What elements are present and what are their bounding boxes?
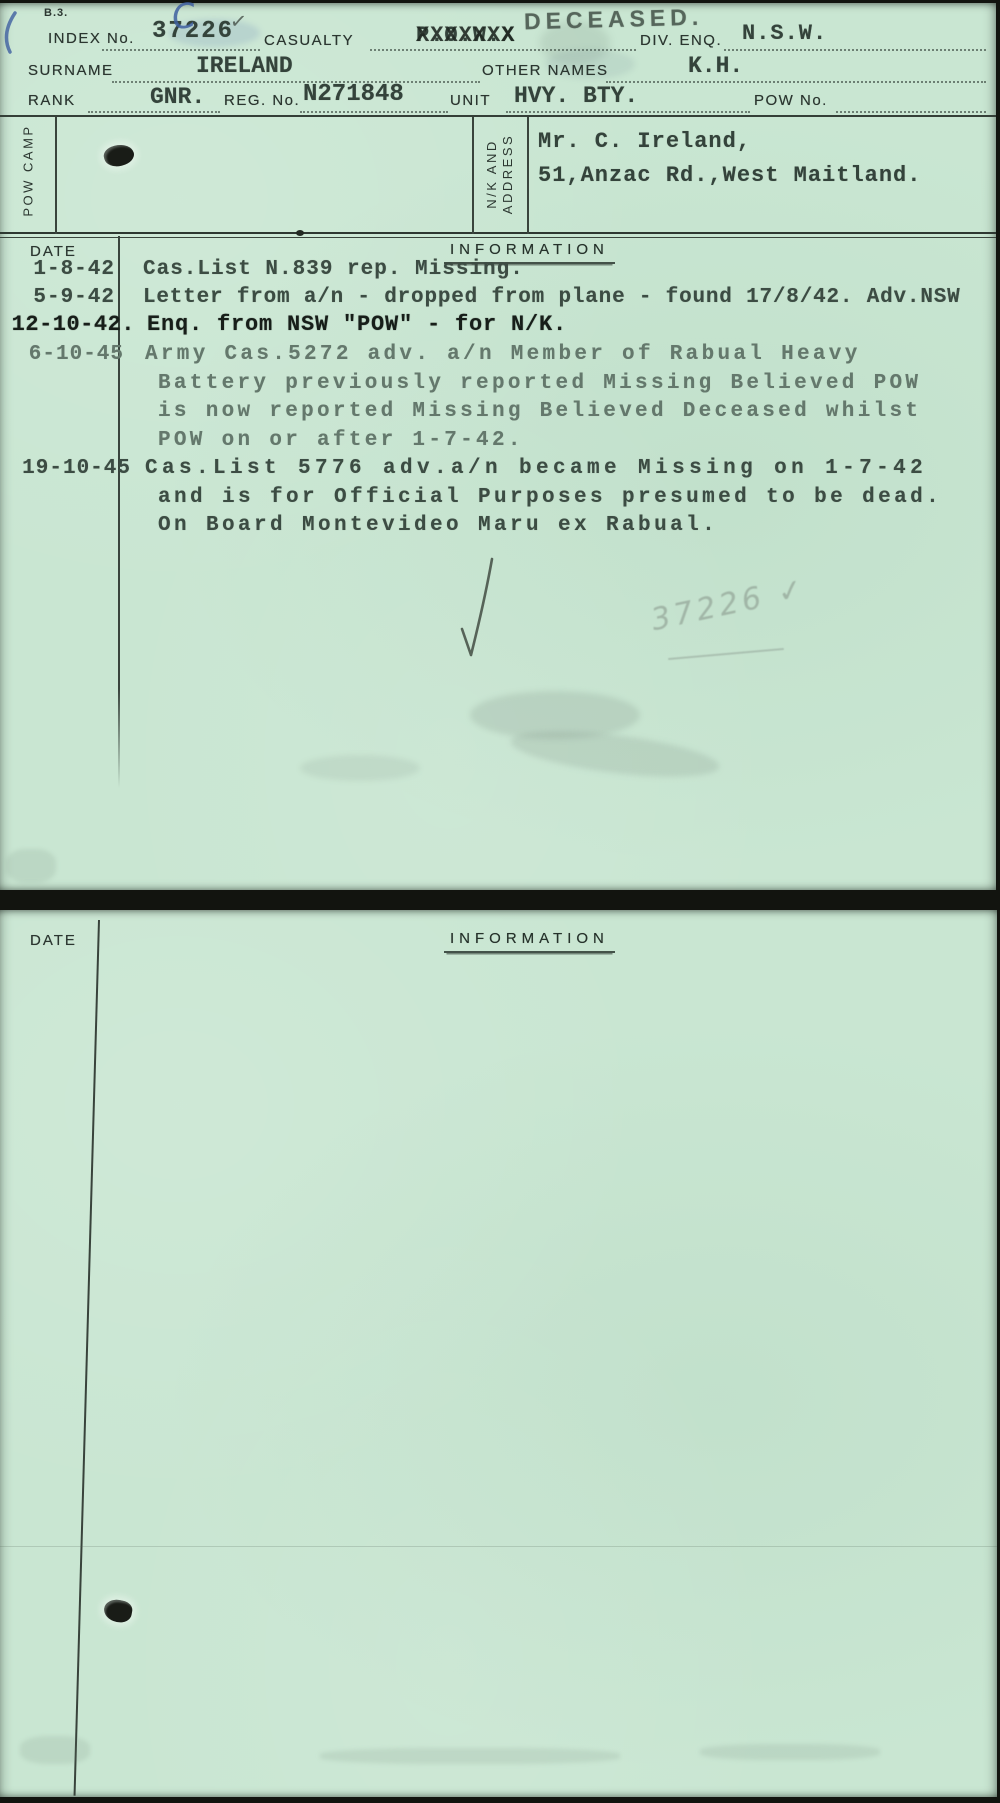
blue-pen-stroke — [0, 11, 22, 55]
div-enq-label: DIV. ENQ. — [640, 32, 722, 49]
ink-speck — [296, 230, 304, 236]
date-column-divider — [74, 920, 100, 1796]
entry-date: 6-10-45 — [29, 343, 124, 367]
nk-address-line2: 51,Anzac Rd.,West Maitland. — [538, 163, 921, 188]
pencil-smudge — [300, 755, 420, 781]
dotted-leader — [724, 49, 986, 51]
entry-text: Battery previously reported Missing Beli… — [158, 372, 921, 396]
entry-date: 19-10-45 — [22, 457, 131, 481]
dotted-leader — [506, 111, 750, 113]
cell-divider — [472, 117, 474, 234]
entry-text: Letter from a/n - dropped from plane - f… — [143, 286, 961, 310]
entry-date: 12-10-42. — [12, 313, 135, 337]
paper-crease — [0, 1546, 997, 1547]
casualty-value: P.O.W.X XXXXXXX — [416, 23, 515, 48]
nk-address-label: N/K AND ADDRESS — [484, 119, 516, 229]
entry-text: Cas.List N.839 rep. Missing. — [143, 258, 524, 282]
entry-text: and is for Official Purposes presumed to… — [158, 486, 942, 510]
dotted-leader — [102, 49, 260, 51]
date-column-header: DATE — [30, 932, 77, 949]
reg-no-value: N271848 — [303, 81, 404, 108]
bleed-through-mark — [6, 849, 56, 883]
pow-camp-label: POW CAMP — [21, 123, 36, 219]
casualty-strikeout: XXXXXXX — [416, 23, 515, 48]
double-rule — [0, 237, 996, 238]
bleed-through-mark — [320, 1748, 620, 1764]
pencil-checkmark — [452, 555, 516, 665]
pow-no-label: POW No. — [754, 92, 828, 109]
nk-label-line1: N/K AND — [484, 119, 500, 229]
nk-label-line2: ADDRESS — [500, 119, 516, 229]
unit-label: UNIT — [450, 92, 491, 109]
hole-punch — [102, 142, 136, 170]
unit-value: HVY. BTY. — [514, 83, 638, 109]
entry-text: Cas.List 5776 adv.a/n became Missing on … — [145, 457, 927, 481]
information-column-header: INFORMATION — [444, 930, 615, 953]
handwritten-letter-c: C — [169, 0, 198, 38]
div-enq-value: N.S.W. — [742, 21, 827, 46]
bleed-through-mark — [700, 1744, 880, 1760]
index-no-label: INDEX No. — [48, 30, 135, 47]
dotted-leader — [112, 81, 480, 83]
rank-value: GNR. — [150, 84, 205, 110]
deceased-stamp: DECEASED. — [524, 4, 704, 36]
bleed-through-mark — [20, 1736, 90, 1764]
surname-value: IRELAND — [196, 53, 293, 79]
pow-casualty-card: B.3. INDEX No. 37226 C ✓ CASUALTY P.O.W.… — [0, 3, 996, 890]
dotted-leader — [836, 111, 986, 113]
entry-text: Enq. from NSW "POW" - for N/K. — [147, 313, 567, 337]
form-code: B.3. — [44, 7, 68, 19]
surname-label: SURNAME — [28, 62, 114, 79]
entry-text: Army Cas.5272 adv. a/n Member of Rabual … — [145, 343, 861, 367]
index-checkmark: ✓ — [229, 8, 248, 34]
scanned-document: { "colors": { "card_paper": "#c9e6d2", "… — [0, 0, 1000, 1803]
pencil-number-annotation: 37226 ✓ — [648, 571, 810, 638]
blank-continuation-card: DATE INFORMATION — [0, 910, 997, 1797]
nk-address-line1: Mr. C. Ireland, — [538, 129, 751, 154]
casualty-label: CASUALTY — [264, 32, 354, 49]
cell-divider — [55, 117, 57, 234]
dotted-leader — [300, 111, 448, 113]
entry-text: On Board Montevideo Maru ex Rabual. — [158, 514, 718, 538]
entry-text: is now reported Missing Believed Decease… — [158, 400, 921, 424]
entry-date: 1-8-42 — [33, 258, 115, 282]
other-names-value: K.H. — [688, 53, 743, 79]
cell-divider — [527, 117, 529, 234]
entry-date: 5-9-42 — [33, 286, 115, 310]
pow-camp-band: POW CAMP N/K AND ADDRESS Mr. C. Ireland,… — [0, 115, 996, 234]
reg-no-label: REG. No. — [224, 92, 300, 109]
hole-punch — [102, 1598, 133, 1625]
rank-label: RANK — [28, 92, 76, 109]
dotted-leader — [88, 111, 220, 113]
pencil-underline — [668, 648, 784, 660]
entry-text: POW on or after 1-7-42. — [158, 429, 524, 453]
other-names-label: OTHER NAMES — [482, 62, 609, 79]
dotted-leader — [606, 81, 986, 83]
